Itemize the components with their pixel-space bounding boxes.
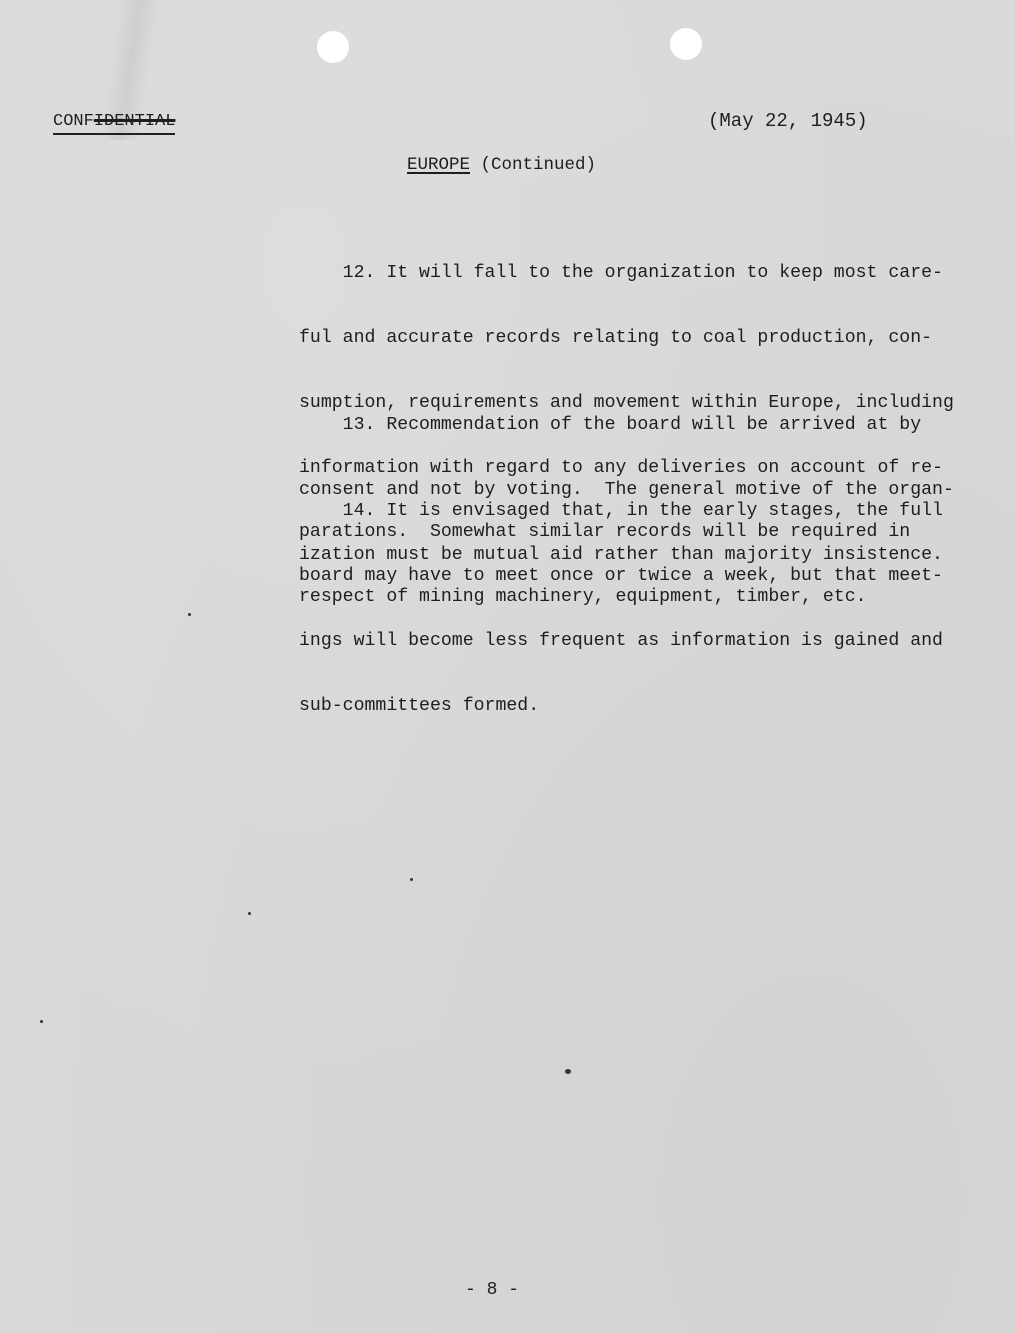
heading-suffix: (Continued)	[481, 155, 597, 175]
paragraph-line: 12. It will fall to the organization to …	[299, 263, 959, 285]
paragraph-line: ings will become less frequent as inform…	[299, 631, 959, 653]
paper-speck	[248, 912, 251, 915]
heading-title: EUROPE	[407, 155, 470, 175]
punch-hole-right	[670, 28, 702, 60]
paragraph-line: 14. It is envisaged that, in the early s…	[299, 501, 959, 523]
punch-hole-left	[317, 31, 349, 63]
paragraph-line: board may have to meet once or twice a w…	[299, 566, 959, 588]
paper-speck	[410, 878, 413, 881]
paragraph-line: sub-committees formed.	[299, 696, 959, 718]
paper-page: CONFIDENTIAL (May 22, 1945) EUROPE (Cont…	[0, 0, 1015, 1333]
page-number: - 8 -	[465, 1280, 519, 1300]
classification-marking: CONFIDENTIAL	[53, 112, 175, 135]
section-heading: EUROPE (Continued)	[407, 155, 596, 175]
paragraph-line: ful and accurate records relating to coa…	[299, 328, 959, 350]
document-date: (May 22, 1945)	[708, 110, 868, 132]
classification-visible: CONF	[53, 112, 94, 131]
paper-speck	[188, 613, 191, 616]
paper-speck	[40, 1020, 43, 1023]
paper-speck	[565, 1069, 571, 1074]
paragraph-14: 14. It is envisaged that, in the early s…	[299, 458, 959, 760]
classification-struck: IDENTIAL	[94, 112, 176, 131]
paragraph-line: 13. Recommendation of the board will be …	[299, 415, 959, 437]
